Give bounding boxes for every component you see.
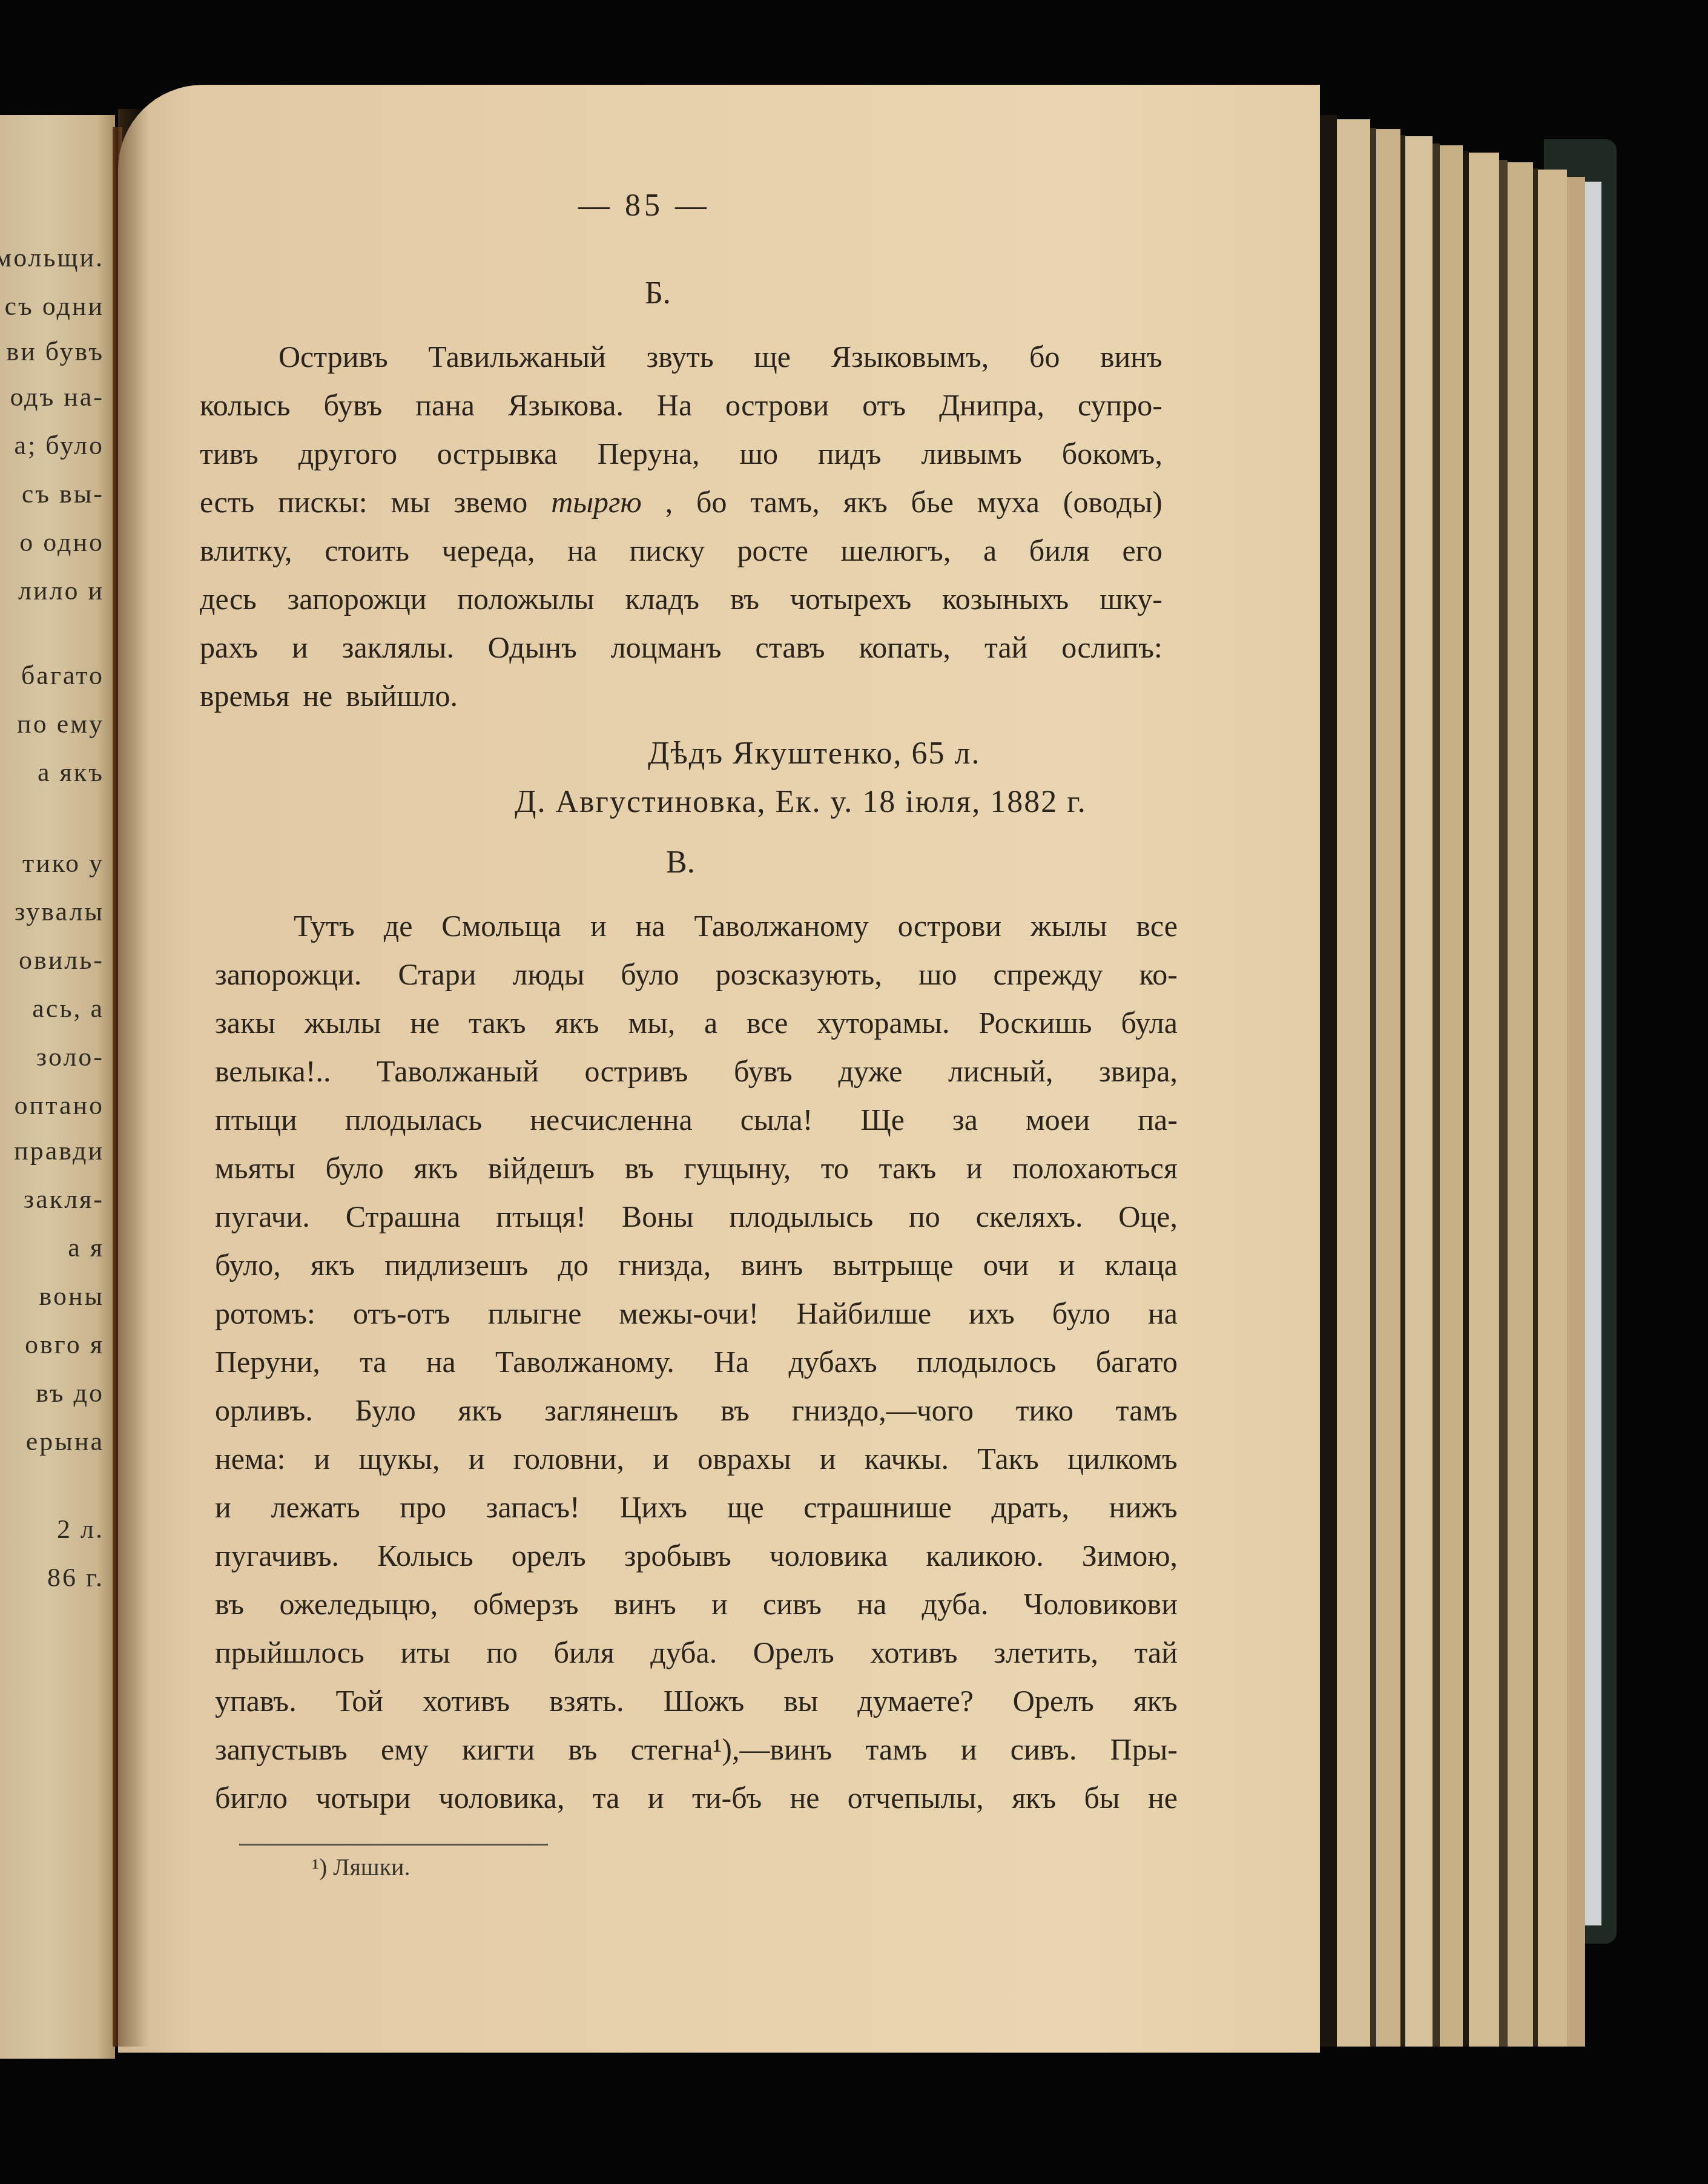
left-page-line: лило и [18, 575, 104, 606]
left-page-line: овиль- [19, 945, 104, 975]
word: запорожци [288, 581, 427, 616]
word: та [360, 1344, 387, 1379]
word: орливъ. [215, 1393, 313, 1428]
word: заклялы. [342, 630, 454, 665]
word: (оводы) [1063, 484, 1162, 520]
word: ставъ [756, 630, 825, 665]
word: Перуни, [215, 1344, 320, 1379]
word: обмерзъ [473, 1586, 579, 1622]
word: якъ [843, 484, 888, 520]
page-edge [1463, 151, 1469, 2047]
word: звира, [1099, 1054, 1178, 1089]
word: шку- [1100, 581, 1162, 616]
text-line: въожеледыцю,обмерзъвинъисивънадуба.Чолов… [215, 1586, 1178, 1622]
word: головни, [513, 1441, 624, 1476]
left-page-line: ерына [26, 1426, 104, 1457]
left-page-line: овго я [25, 1329, 104, 1360]
word: люды [513, 957, 585, 992]
word: оврахы [697, 1441, 791, 1476]
word: Зимою, [1082, 1538, 1178, 1573]
word: Роскишь [978, 1005, 1092, 1040]
text-line: пугачивъ.Колысьорелъзробывъчоловикакалик… [215, 1538, 1178, 1573]
word: лоцманъ [611, 630, 722, 665]
word: лисный, [948, 1054, 1053, 1089]
text-line: илежатьпрозапасъ!Цихъщестрашнишедрать,ни… [215, 1490, 1178, 1525]
word: орелъ [512, 1538, 586, 1573]
word: ему [381, 1732, 429, 1767]
word: острови [725, 388, 829, 423]
word: и [653, 1441, 669, 1476]
word: Языковымъ, [831, 339, 989, 374]
left-page-line: по ему [17, 708, 104, 739]
word: и [961, 1732, 977, 1767]
left-page-line: 86 г. [47, 1562, 104, 1593]
text-line: запустывъемукигтивъстегна¹),—винътамъиси… [215, 1732, 1178, 1767]
word: злетить, [994, 1635, 1098, 1670]
word: и [590, 908, 607, 943]
word: качкы. [865, 1441, 949, 1476]
word: по [909, 1199, 940, 1234]
left-page-line: ви бувъ [7, 336, 104, 367]
word: стегна¹),—винъ [631, 1732, 833, 1767]
word: нижъ [1109, 1490, 1178, 1525]
word: а [983, 533, 997, 568]
word: и [648, 1780, 664, 1815]
word: винъ [740, 1247, 803, 1282]
word: велыка!.. [215, 1054, 331, 1089]
word: и [1059, 1247, 1075, 1282]
page-edge [1567, 177, 1585, 2047]
word: сивъ [763, 1586, 822, 1622]
word: бигло [215, 1780, 288, 1815]
word: страшнише [803, 1490, 952, 1525]
text-line: мьятыбулоякъвійдешъвъгущыну,тотакъиполох… [215, 1150, 1178, 1186]
word: дуба. [922, 1586, 989, 1622]
word: гниздо,—чого [792, 1393, 974, 1428]
page-edge [1508, 162, 1533, 2047]
text-line: времьяневыйшло. [200, 678, 471, 713]
word: прыйшлось [215, 1635, 364, 1670]
word: заглянешъ [544, 1393, 678, 1428]
word: запасъ! [486, 1490, 580, 1525]
word: въ [215, 1586, 244, 1622]
page-edge [1320, 115, 1337, 2047]
word: до [558, 1247, 589, 1282]
signature-name: Дѣдъ Якуштенко, 65 л. [648, 736, 981, 771]
word: сыла! [740, 1102, 813, 1137]
word: про [400, 1490, 446, 1525]
word: колысь [200, 388, 291, 423]
word: пидъ [818, 436, 882, 471]
word: запорожци. [215, 957, 361, 992]
left-page-line: въ до [36, 1377, 104, 1408]
text-line: биглочотыричоловика,таити-бънеотчепылы,я… [215, 1780, 1178, 1815]
text-line: Перуни,танаТаволжаному.Надубахъплодылось… [215, 1344, 1178, 1379]
word: тамъ, [750, 484, 820, 520]
word: нема: [215, 1441, 285, 1476]
word: тико [1016, 1393, 1073, 1428]
text-line: тивъдругогоострывкаПеруна,шопидъливымъбо… [200, 436, 1162, 471]
left-page-line: 2 л. [57, 1514, 104, 1545]
page-edge [1433, 144, 1440, 2047]
left-page-line: мольщи. [0, 242, 104, 273]
word: хуторамы. [817, 1005, 949, 1040]
left-page-line: съ одни [5, 291, 105, 322]
word: копать, [859, 630, 951, 665]
left-page-line: тико у [22, 848, 104, 879]
word: Таволжаному. [495, 1344, 674, 1379]
word: десь [200, 581, 257, 616]
word: на [1148, 1296, 1178, 1331]
word: Днипра, [939, 388, 1044, 423]
word: пидлизешъ [384, 1247, 528, 1282]
word: бье [911, 484, 954, 520]
word: Такъ [977, 1441, 1039, 1476]
page-edge [1499, 160, 1508, 2047]
word: въ [568, 1732, 597, 1767]
word: спрежду [993, 957, 1103, 992]
word: ще [754, 339, 791, 374]
word: плыгне [488, 1296, 582, 1331]
word: Смольща [441, 908, 561, 943]
word: якъ [555, 1005, 599, 1040]
word: кладъ [625, 581, 699, 616]
word: и [469, 1441, 485, 1476]
word: не [303, 679, 332, 713]
word: хотивъ [870, 1635, 957, 1670]
word: все [1136, 908, 1178, 943]
left-page-line: ась, а [32, 993, 104, 1024]
text-line: запорожци.Старилюдыбулорозсказують,шоспр… [215, 957, 1178, 992]
word: ще [727, 1490, 764, 1525]
word: и [292, 630, 308, 665]
word: острови [898, 908, 1001, 943]
left-page-line: золо- [36, 1041, 104, 1072]
word: тамъ [866, 1732, 928, 1767]
word: въ [720, 1393, 750, 1428]
page-edge [1405, 136, 1433, 2047]
word: то [821, 1150, 849, 1186]
word: жылы [305, 1005, 381, 1040]
word: полохаються [1012, 1150, 1178, 1186]
word: Було [355, 1393, 415, 1428]
word: и [820, 1441, 836, 1476]
word: Колысь [377, 1538, 473, 1573]
word: гнизда, [618, 1247, 711, 1282]
word: острывка [437, 436, 558, 471]
text-line: пугачи.Страшнаптыця!Воныплодылысьпоскеля… [215, 1199, 1178, 1234]
word: не [410, 1005, 440, 1040]
word: тай [984, 630, 1027, 665]
word: бокомъ, [1062, 436, 1162, 471]
word: війдешъ [488, 1150, 595, 1186]
word: и [215, 1490, 231, 1525]
word: ослипъ: [1061, 630, 1162, 665]
word: пана [415, 388, 475, 423]
word: де [384, 908, 413, 943]
word: и [711, 1586, 728, 1622]
word: упавъ. [215, 1683, 297, 1718]
word: не [1148, 1780, 1178, 1815]
page-edge [1440, 145, 1463, 2047]
word: на [426, 1344, 456, 1379]
word: Языкова. [508, 388, 624, 423]
word: рахъ [200, 630, 258, 665]
word: биля [554, 1635, 615, 1670]
word: росте [737, 533, 808, 568]
word: Страшна [346, 1199, 461, 1234]
word: якъ [458, 1393, 502, 1428]
word: и [966, 1150, 983, 1186]
word: каликою. [926, 1538, 1043, 1573]
word: череда, [442, 533, 535, 568]
page-edge [1538, 170, 1567, 2047]
text-line: влитку,стоитьчереда,напискуростешелюгъ,а… [200, 533, 1162, 568]
word: Цихъ [619, 1490, 687, 1525]
word: вытрыще [833, 1247, 954, 1282]
word: писку [630, 533, 705, 568]
word: Остривъ [279, 339, 388, 374]
word: було [1052, 1296, 1110, 1331]
left-page-line: одъ на- [10, 381, 104, 412]
word: несчисленна [530, 1102, 692, 1137]
word: цилкомъ [1067, 1441, 1178, 1476]
left-page-line: а якъ [38, 757, 104, 788]
word: ожеледыцю, [279, 1586, 438, 1622]
word: сивъ. [1011, 1732, 1077, 1767]
word: було, [215, 1247, 281, 1282]
text-line: було,якъпидлизешъдогнизда,винъвытрыщеочи… [215, 1247, 1178, 1282]
word: тамъ [1116, 1393, 1178, 1428]
word: та [593, 1780, 620, 1815]
left-page-line: воны [39, 1281, 104, 1311]
word: муха [977, 484, 1040, 520]
word: шо [918, 957, 957, 992]
word: чотыри [315, 1780, 411, 1815]
word: за [952, 1102, 978, 1137]
word: пискы: [278, 484, 368, 520]
word: скеляхъ. [976, 1199, 1083, 1234]
word: Одынъ [488, 630, 577, 665]
word: Таволжаному [694, 908, 869, 943]
word: отъ [862, 388, 906, 423]
word: шо [739, 436, 778, 471]
page-edge [1337, 119, 1370, 2047]
left-page-line: а; було [15, 430, 105, 461]
word: на [567, 533, 597, 568]
word: закы [215, 1005, 275, 1040]
left-page-line: а я [68, 1232, 104, 1263]
word: взять. [549, 1683, 624, 1718]
word: хотивъ [423, 1683, 510, 1718]
word: клаца [1105, 1247, 1178, 1282]
word: Таволжаный [377, 1054, 539, 1089]
word: бувъ [734, 1054, 793, 1089]
section-heading-v: В. [666, 845, 695, 880]
word: выйшло. [346, 679, 458, 713]
word: и [314, 1441, 331, 1476]
word: Воны [622, 1199, 694, 1234]
word: винъ [614, 1586, 676, 1622]
word: ротомъ: [215, 1296, 315, 1331]
word: розсказують, [716, 957, 882, 992]
word: дуже [838, 1054, 902, 1089]
text-line: естьпискы:мызвемотыргю,ботамъ,якъбьемуха… [200, 484, 1162, 520]
word: Шожъ [663, 1683, 744, 1718]
page-edges-stack [1320, 91, 1617, 2047]
left-page-line: багато [21, 660, 104, 691]
word: лежать [271, 1490, 360, 1525]
word: , [665, 484, 673, 520]
word: жылы [1030, 908, 1107, 943]
word: чоловика [770, 1538, 888, 1573]
word: отъ-отъ [353, 1296, 450, 1331]
word: Оце, [1118, 1199, 1178, 1234]
text-line: ТутъдеСмольщаинаТаволжаномуостровижылывс… [294, 908, 1178, 943]
word: Ще [860, 1102, 905, 1137]
word: отчепылы, [848, 1780, 984, 1815]
word: очи [983, 1247, 1029, 1282]
word: Перуна, [598, 436, 700, 471]
word: Орелъ [753, 1635, 834, 1670]
page-edge [1469, 153, 1499, 2047]
word: межы-очи! [619, 1296, 759, 1331]
page-edge [1376, 129, 1400, 2047]
left-page-line: закля- [24, 1184, 104, 1215]
word: такъ [879, 1150, 936, 1186]
word: запустывъ [215, 1732, 348, 1767]
word: биля [1029, 533, 1090, 568]
left-page-line: зувалы [15, 896, 104, 927]
word: времья [200, 679, 289, 713]
word: Орелъ [1013, 1683, 1094, 1718]
word: птыця! [496, 1199, 586, 1234]
word: винъ [1100, 339, 1162, 374]
word: моеи [1026, 1102, 1090, 1137]
left-page-fragment: мольщи.съ одниви бувъодъ на-а; булосъ вы… [0, 115, 115, 2059]
word: птыци [215, 1102, 297, 1137]
word: въ [730, 581, 759, 616]
word: остривъ [585, 1054, 688, 1089]
word: На [714, 1344, 749, 1379]
word: мы [391, 484, 430, 520]
text-line: нема:ищукы,иголовни,иоврахыикачкы.Такъци… [215, 1441, 1178, 1476]
word: було [621, 957, 679, 992]
word: супро- [1078, 388, 1162, 423]
word: другого [298, 436, 397, 471]
word: тай [1135, 1635, 1178, 1670]
word: па- [1138, 1102, 1178, 1137]
word: Найбилше [796, 1296, 931, 1331]
word: плодылысь [729, 1199, 873, 1234]
text-line: закыжылынетакъякъмы,авсехуторамы.Роскишь… [215, 1005, 1178, 1040]
word: якъ [414, 1150, 458, 1186]
word: на [636, 908, 665, 943]
word: Тутъ [294, 908, 355, 943]
word: вы [783, 1683, 818, 1718]
word: бы [1084, 1780, 1120, 1815]
word: Той [336, 1683, 384, 1718]
word: плодылась [345, 1102, 482, 1137]
word: Пры- [1110, 1732, 1178, 1767]
word: мьяты [215, 1150, 295, 1186]
word: влитку, [200, 533, 292, 568]
word: Чоловикови [1024, 1586, 1178, 1622]
word: не [790, 1780, 820, 1815]
word: мы, [628, 1005, 676, 1040]
page-edge [1533, 168, 1538, 2047]
word: щукы, [359, 1441, 440, 1476]
word: якъ [1012, 1780, 1056, 1815]
word: якъ [1133, 1683, 1178, 1718]
page-edge [1400, 135, 1405, 2047]
word: бо [1029, 339, 1060, 374]
word: козыныхъ [942, 581, 1069, 616]
left-page-line: правди [14, 1135, 104, 1166]
word: кигти [462, 1732, 535, 1767]
word: чоловика, [438, 1780, 564, 1815]
text-line: велыка!..Таволжаныйостривъбувъдужелисный… [215, 1054, 1178, 1089]
word: ливымъ [921, 436, 1021, 471]
left-page-line: съ вы- [22, 478, 104, 509]
word: плодылось [917, 1344, 1057, 1379]
word: Стари [398, 957, 476, 992]
word: зробывъ [624, 1538, 731, 1573]
word: ихъ [969, 1296, 1015, 1331]
word: На [657, 388, 692, 423]
signature-place: Д. Августиновка, Ек. у. 18 іюля, 1882 г. [515, 784, 1087, 820]
word: тыргю [551, 484, 642, 520]
section-heading-b: Б. [645, 275, 671, 311]
word: такъ [469, 1005, 526, 1040]
text-line: орливъ.Булоякъзаглянешъвъгниздо,—чоготик… [215, 1393, 1178, 1428]
word: звуть [646, 339, 713, 374]
word: чотырехъ [790, 581, 911, 616]
word: въ [625, 1150, 654, 1186]
text-line: десьзапорожциположылыкладъвъчотырехъкозы… [200, 581, 1162, 616]
word: була [1121, 1005, 1177, 1040]
word: стоить [325, 533, 409, 568]
footnote-rule [239, 1844, 548, 1846]
word: багато [1096, 1344, 1178, 1379]
word: дуба. [650, 1635, 717, 1670]
word: бо [696, 484, 727, 520]
text-line: упавъ.Тойхотивъвзять.Шожъвыдумаете?Орелъ… [215, 1683, 1178, 1718]
footnote: ¹) Ляшки. [312, 1853, 410, 1881]
word: дубахъ [788, 1344, 877, 1379]
left-page-line: о одно [19, 527, 104, 558]
page-edge [1370, 128, 1376, 2047]
text-line: прыйшлосьитыпобилядуба.Орелъхотивъзлетит… [215, 1635, 1178, 1670]
word: пугачивъ. [215, 1538, 339, 1573]
text-line: птыциплодыласьнесчисленнасыла!Щезамоеипа… [215, 1102, 1178, 1137]
page-number: — 85 — [578, 188, 710, 223]
text-line: ОстривъТавильжаныйзвутьщеЯзыковымъ,бовин… [279, 339, 1162, 374]
word: ко- [1139, 957, 1178, 992]
word: якъ [311, 1247, 355, 1282]
word: було [325, 1150, 383, 1186]
word: положылы [457, 581, 595, 616]
word: бувъ [324, 388, 383, 423]
word: а [704, 1005, 717, 1040]
word: Тавильжаный [428, 339, 605, 374]
word: звемо [453, 484, 527, 520]
word: тивъ [200, 436, 259, 471]
left-page-line: оптано [15, 1090, 104, 1121]
word: иты [400, 1635, 450, 1670]
word: все [747, 1005, 788, 1040]
word: на [857, 1586, 886, 1622]
